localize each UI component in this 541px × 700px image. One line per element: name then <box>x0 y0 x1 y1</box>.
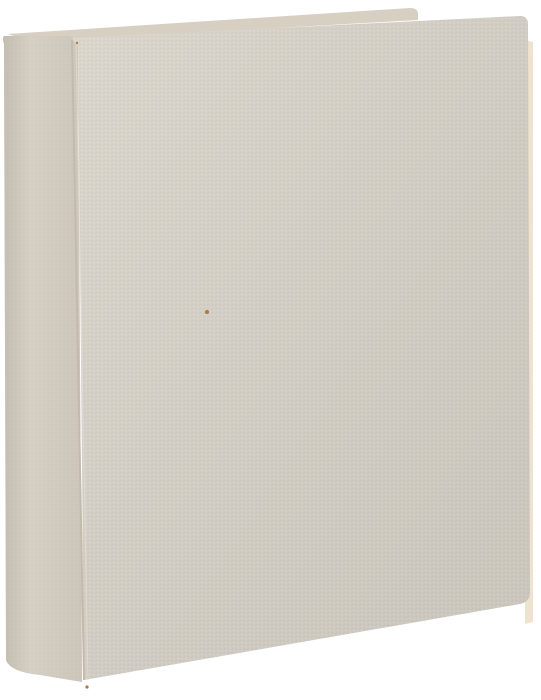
book-illustration <box>0 0 541 700</box>
stain-spot <box>205 310 209 314</box>
book-photo <box>0 0 541 700</box>
